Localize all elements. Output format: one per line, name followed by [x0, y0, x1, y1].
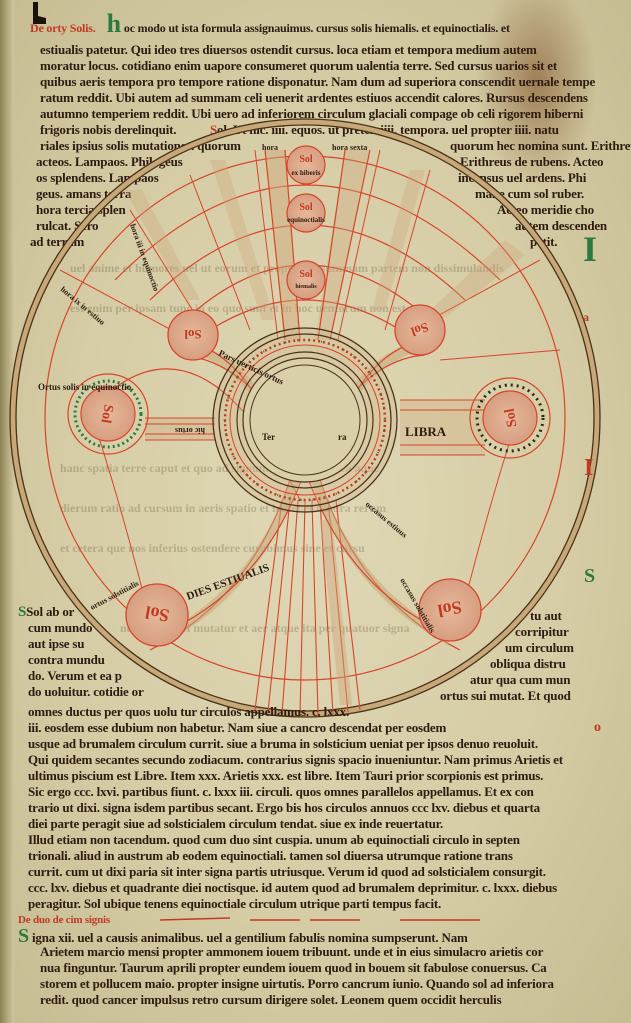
svg-text:Sol: Sol: [299, 269, 313, 280]
rubric-heading: De duo de cim signis: [18, 912, 110, 928]
bottom-left-text: Sol ab or: [26, 604, 74, 619]
svg-text:hiemalis: hiemalis: [295, 284, 317, 290]
signa-text: redit. quod cancer impulsus retro cursum…: [40, 992, 501, 1008]
body-text-line: ultimus piscium est Libre. Item xxx. Ari…: [28, 768, 543, 784]
margin-red-o: o: [594, 720, 601, 736]
svg-text:ra: ra: [338, 432, 347, 442]
body-text-line: ccc. lxv. diebus et quadrante diei nocti…: [28, 880, 557, 896]
initial-s-green-large: S: [18, 925, 29, 947]
bottom-right-text: ortus sui mutat. Et quod: [440, 688, 571, 704]
sun-top-1: [287, 146, 325, 184]
svg-text:LIBRA: LIBRA: [405, 424, 447, 439]
margin-red-mark: a: [583, 310, 589, 325]
body-text-line: omnes ductus per quos uolu tur circulos …: [28, 704, 349, 720]
signa-text: igna xii. uel a causis animalibus. uel a…: [32, 930, 468, 945]
signa-text: storem et pollucem maio. propter insigne…: [40, 976, 554, 992]
bottom-left-text: aut ipse su: [28, 636, 84, 652]
svg-text:Sol: Sol: [97, 403, 115, 424]
svg-text:hora: hora: [262, 143, 278, 152]
margin-green-l: I: [583, 228, 597, 270]
svg-text:ex hiberis: ex hiberis: [292, 169, 321, 177]
body-text-line: currit. cum ut dixi paria sit inter sign…: [28, 864, 546, 880]
bottom-left-line-0: SSol ab or: [18, 604, 74, 620]
bottom-right-text: tu aut: [530, 608, 562, 624]
svg-text:hic ortus: hic ortus: [175, 426, 205, 435]
bottom-left-text: cum mundo: [28, 620, 92, 636]
svg-text:Sol: Sol: [436, 597, 463, 621]
svg-text:occasus estiuus: occasus estiuus: [364, 500, 409, 540]
body-text-line: Illud etiam non tacendum. quod cum duo s…: [28, 832, 520, 848]
svg-text:Sol: Sol: [299, 154, 313, 165]
sun-top-3: [287, 261, 325, 299]
body-text-line: peragitur. Sol ubique tenens equinoctial…: [28, 896, 441, 912]
svg-text:Ter: Ter: [262, 432, 275, 442]
bottom-right-text: corripitur: [515, 624, 569, 640]
body-text-line: Qui quidem secantes secundo zodiacum. co…: [28, 752, 563, 768]
central-earth-rings: [213, 328, 397, 512]
bottom-right-text: um circulum: [505, 640, 574, 656]
svg-text:Ortus solis in equinoctio.: Ortus solis in equinoctio.: [38, 382, 134, 392]
bottom-left-text: contra mundu: [28, 652, 105, 668]
body-text-line: usque ad brumalem circulum currit. siue …: [28, 736, 538, 752]
initial-s-green: S: [18, 604, 26, 620]
svg-text:Sol: Sol: [184, 327, 202, 342]
svg-text:Sol: Sol: [299, 202, 313, 213]
svg-text:hora sexta: hora sexta: [332, 143, 367, 152]
body-text-line: diei parte peragit siue ad solsticialem …: [28, 816, 443, 832]
bottom-right-text: atur qua cum mun: [470, 672, 570, 688]
body-text-line: trionali. aliud in austrum ab eodem equi…: [28, 848, 513, 864]
body-text-line: trario ut dixi. signa isdem partibus sec…: [28, 800, 540, 816]
manuscript-page: De orty Solis. h oc modo ut ista formula…: [0, 0, 631, 1023]
margin-red-l: I: [584, 455, 593, 482]
svg-text:equinoctialis: equinoctialis: [287, 216, 325, 224]
svg-text:Sol: Sol: [144, 602, 171, 626]
body-text-line: Sic ergo ccc. lxvi. partibus fiunt. c. l…: [28, 784, 534, 800]
margin-green-s: S: [584, 565, 595, 588]
signa-text: nua finguntur. Taurum aprili propter eun…: [40, 960, 547, 976]
bottom-left-text: do. Verum et ea p: [28, 668, 122, 684]
body-text-line: iii. eosdem esse dubium non habetur. Nam…: [28, 720, 446, 736]
svg-text:Sol: Sol: [502, 407, 520, 428]
sun-top-2: [287, 194, 325, 232]
bottom-right-text: obliqua distru: [490, 656, 566, 672]
bottom-left-text: do uoluitur. cotidie or: [28, 684, 144, 700]
signa-text: Arietem marcio mensi propter ammonem iou…: [40, 944, 543, 960]
